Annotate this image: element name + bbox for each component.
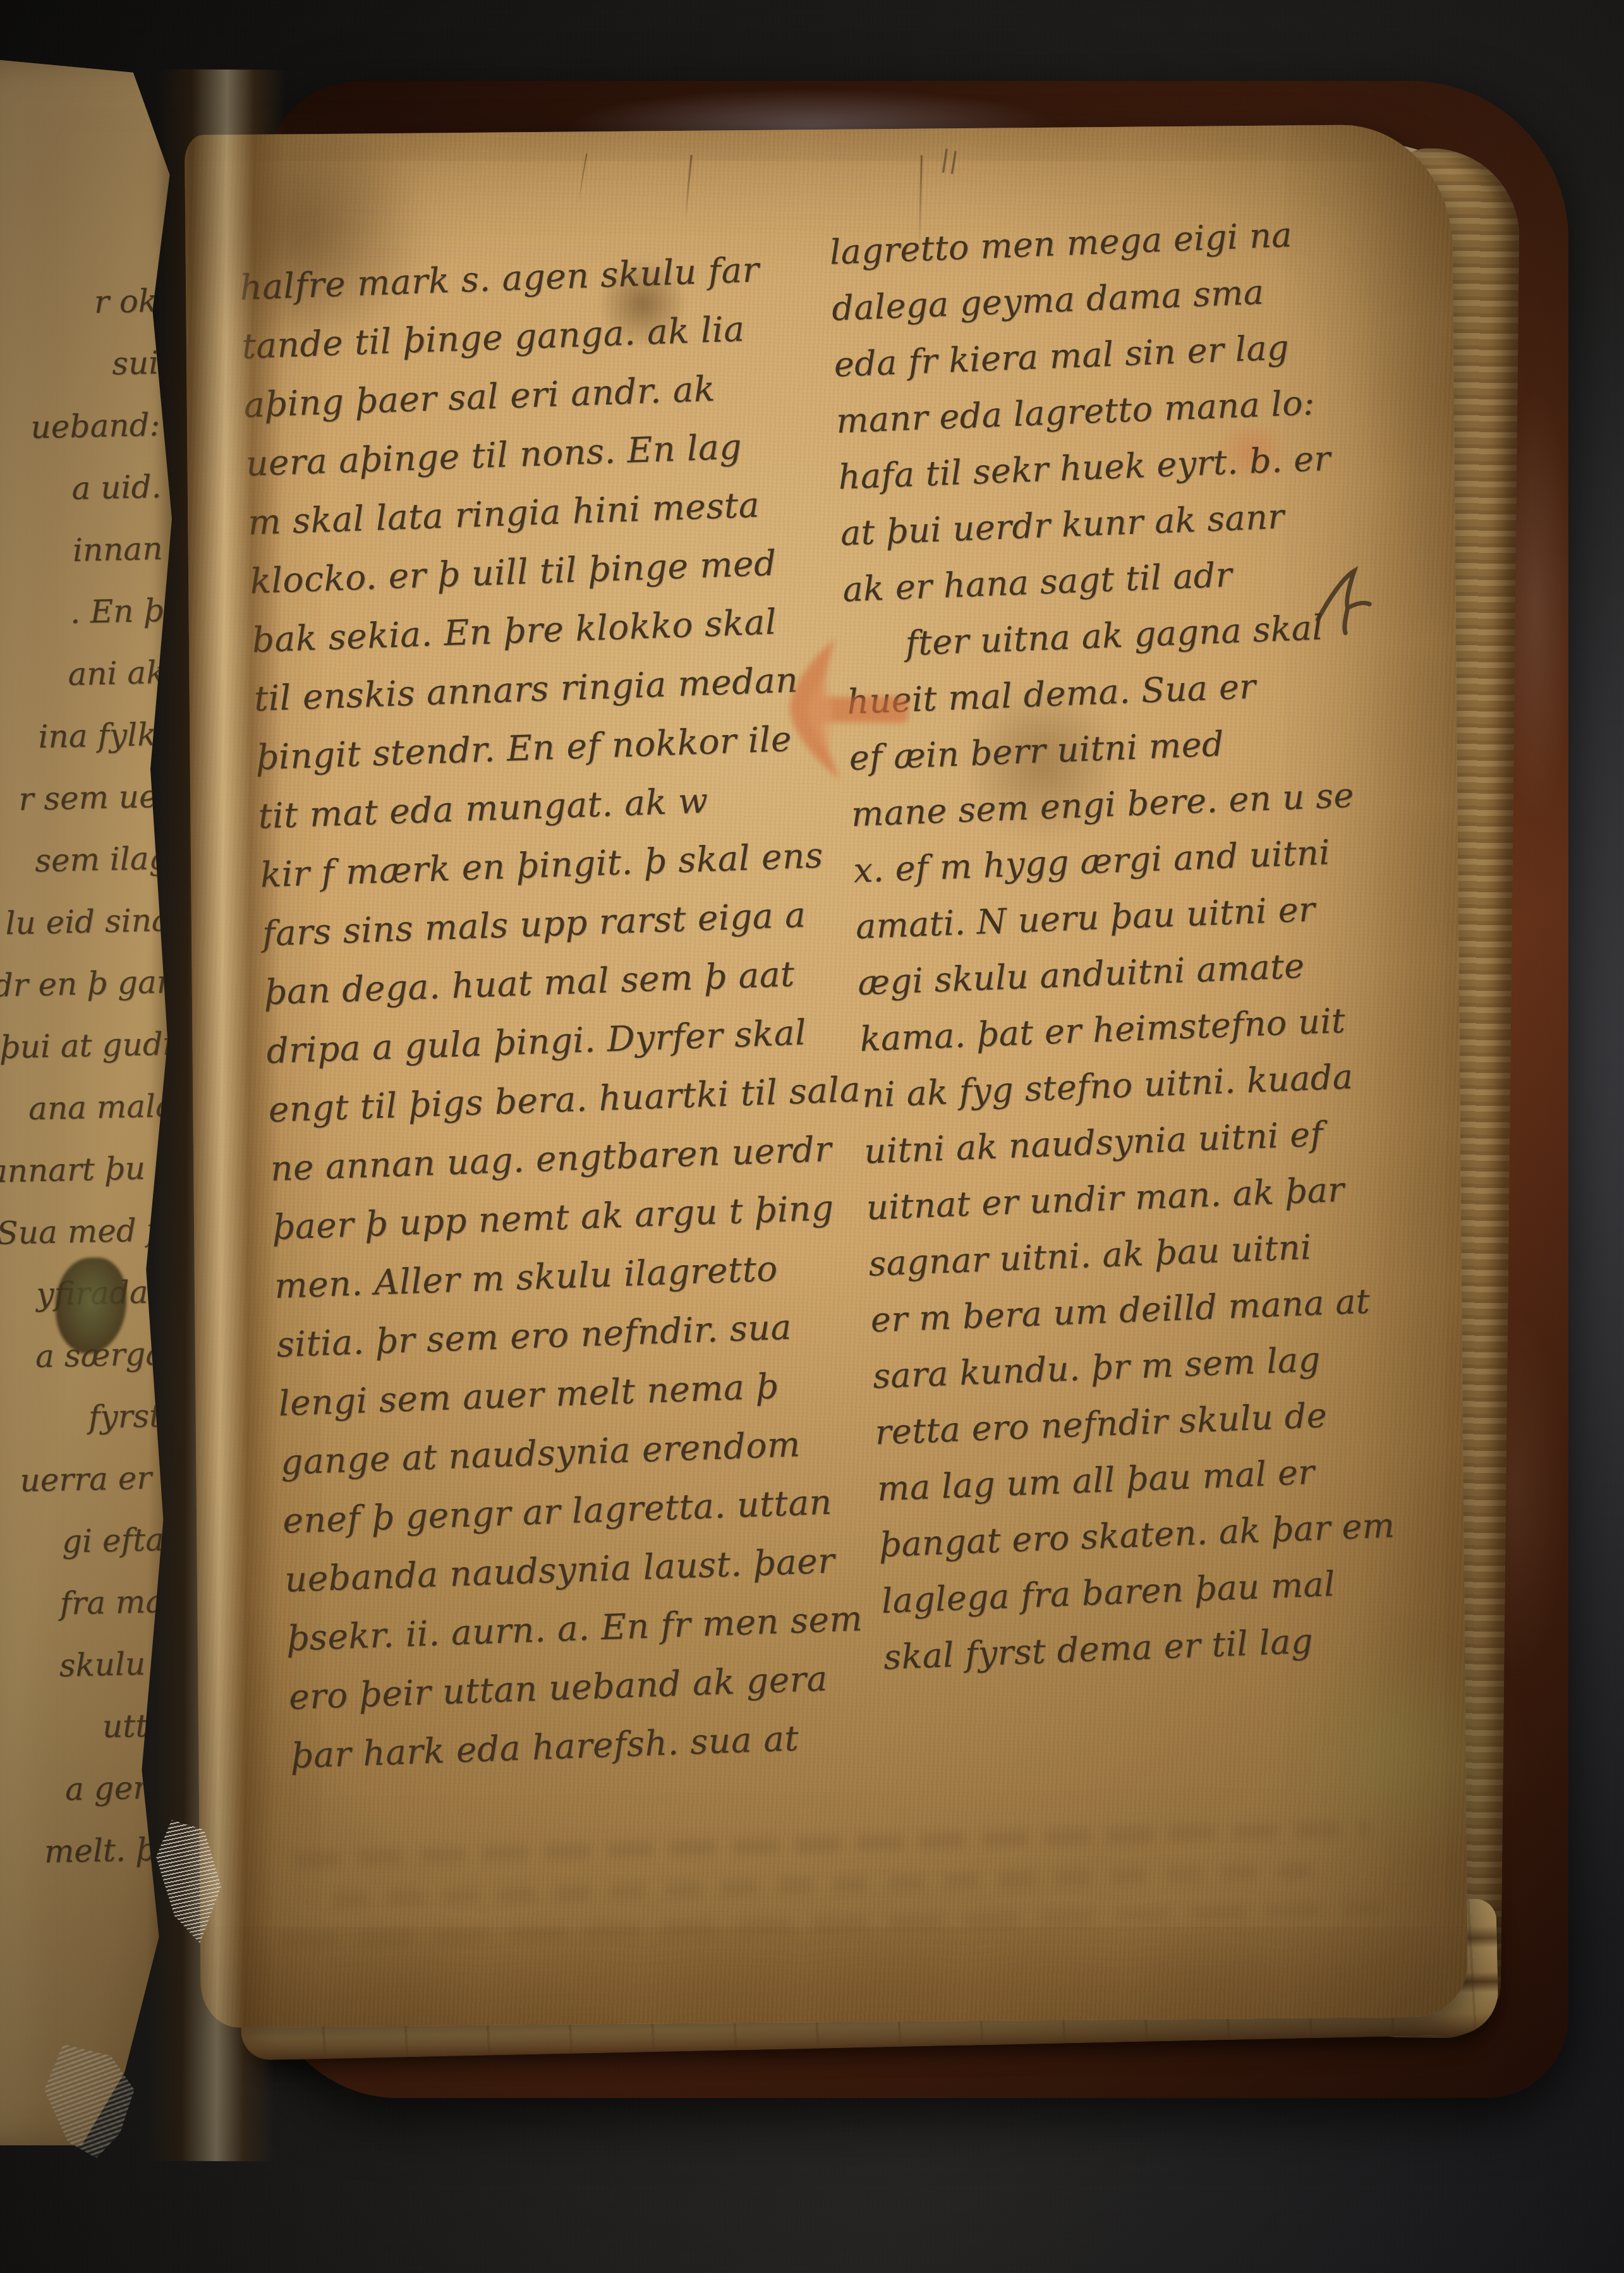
text-line: lu eid sina bbox=[0, 889, 171, 960]
text-line: sem ilag bbox=[0, 827, 170, 898]
text-line: uttan bbox=[0, 1694, 188, 1765]
text-column-left: halfre mark s. agen skulu fartande til þ… bbox=[239, 238, 884, 1785]
text-line: r ok bbox=[0, 270, 158, 341]
text-line: gi eftak bbox=[0, 1508, 184, 1579]
text-line: a gengr bbox=[0, 1755, 189, 1826]
ink-flourish-mark bbox=[1304, 562, 1382, 641]
text-line: ani ak bbox=[0, 641, 166, 712]
text-line: annart þu b bbox=[0, 1137, 176, 1208]
show-through-ghost-text bbox=[294, 1820, 1369, 1868]
parchment-crack bbox=[578, 154, 588, 205]
text-line: a þui at gudi bbox=[0, 1013, 174, 1084]
show-through-ghost-text bbox=[282, 1900, 1382, 1949]
text-line: innan bbox=[0, 518, 163, 588]
text-line: ana mala bbox=[0, 1075, 175, 1146]
text-line: r sem uel bbox=[0, 765, 168, 836]
manuscript-page: halfre mark s. agen skulu fartande til þ… bbox=[185, 124, 1468, 2027]
red-arrow-marginal-mark bbox=[775, 634, 911, 780]
text-line: sui bbox=[0, 332, 159, 403]
text-line: skulu ni bbox=[0, 1632, 186, 1703]
show-through-ghost-text bbox=[332, 1862, 1318, 1908]
text-line: fyrsta bbox=[0, 1385, 181, 1455]
text-line: . En þ bbox=[0, 579, 164, 650]
manuscript-photo-scene: r oksuiueband:a uid.innan. En þani akina… bbox=[0, 0, 1624, 2273]
quire-tick-mark bbox=[936, 146, 962, 175]
text-line: adr en þ gar bbox=[0, 951, 173, 1022]
text-line: uerra er þ bbox=[0, 1446, 183, 1517]
text-line: ueband: bbox=[0, 394, 161, 464]
text-column-right: lagretto men mega eigi nadalega geyma da… bbox=[828, 205, 1400, 1686]
text-line: ina fylki bbox=[0, 703, 167, 774]
parchment-crack bbox=[684, 155, 693, 221]
text-line: a uid. bbox=[0, 456, 162, 526]
text-line: fra man bbox=[0, 1570, 185, 1641]
